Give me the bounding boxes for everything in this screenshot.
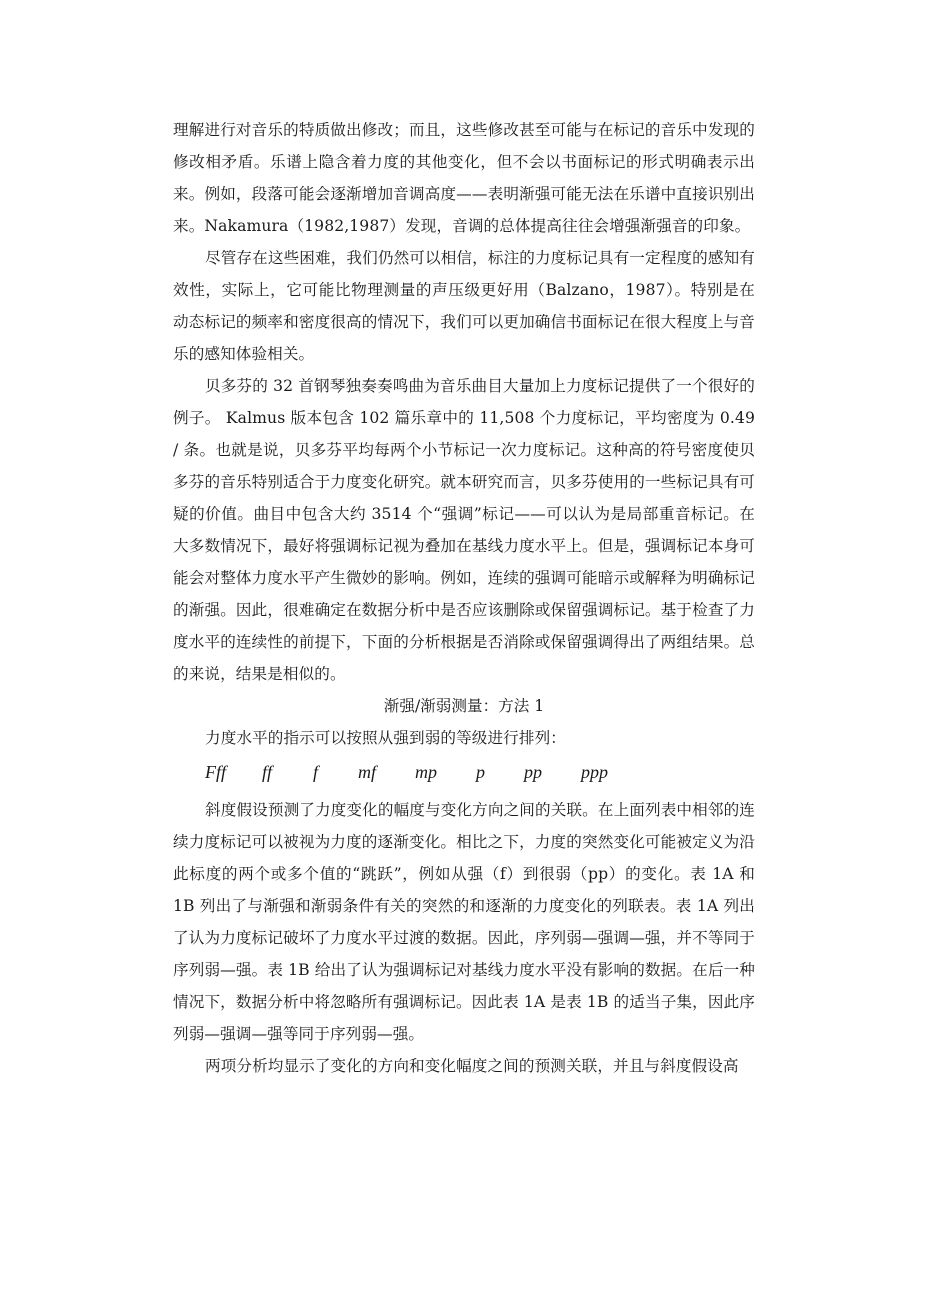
- paragraph-dynamic-ordering: 力度水平的指示可以按照从强到弱的等级进行排列：: [173, 722, 755, 754]
- dynamic-marking: mp: [415, 762, 437, 783]
- paragraph-perceptual-validity: 尽管存在这些困难，我们仍然可以相信，标注的力度标记具有一定程度的感知有效性，实际…: [173, 242, 755, 370]
- dynamic-marking: Fff: [205, 762, 226, 783]
- dynamic-marking: f: [313, 762, 318, 783]
- paragraph-slope-hypothesis: 斜度假设预测了力度变化的幅度与变化方向之间的关联。在上面列表中相邻的连续力度标记…: [173, 794, 755, 1050]
- paragraph-beethoven-sonatas: 贝多芬的 32 首钢琴独奏奏鸣曲为音乐曲目大量加上力度标记提供了一个很好的例子。…: [173, 370, 755, 690]
- dynamic-marking: ppp: [581, 762, 608, 783]
- paragraph-pitch-modification: 理解进行对音乐的特质做出修改；而且，这些修改甚至可能与在标记的音乐中发现的修改相…: [173, 114, 755, 242]
- dynamic-marking: p: [476, 762, 485, 783]
- paragraph-analysis-results: 两项分析均显示了变化的方向和变化幅度之间的预测关联，并且与斜度假设高: [173, 1050, 755, 1082]
- dynamic-marking: pp: [524, 762, 542, 783]
- section-heading: 渐强/渐弱测量：方法 1: [173, 690, 755, 722]
- dynamics-scale: Fff ff f mf mp p pp ppp: [173, 754, 755, 794]
- document-page: 理解进行对音乐的特质做出修改；而且，这些修改甚至可能与在标记的音乐中发现的修改相…: [173, 114, 755, 1082]
- dynamic-marking: ff: [262, 762, 272, 783]
- dynamic-marking: mf: [358, 762, 376, 783]
